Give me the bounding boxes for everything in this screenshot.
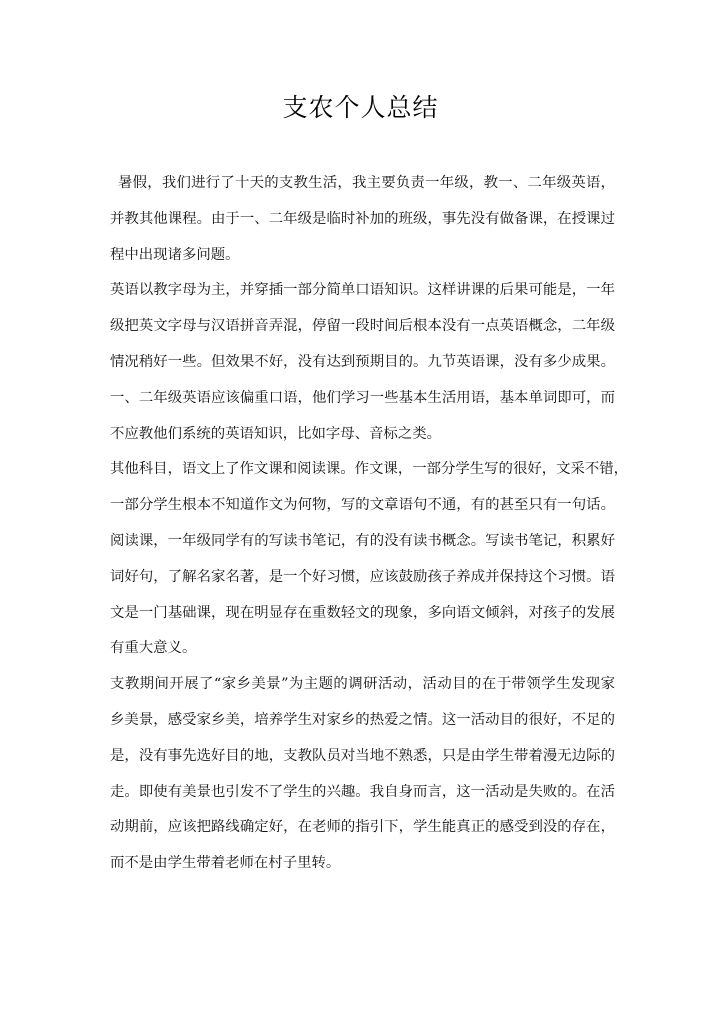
text-line: 乡美景，感受家乡美，培养学生对家乡的热爱之情。这一活动目的很好，不足的 <box>110 707 615 743</box>
document-body: 暑假，我们进行了十天的支教生活，我主要负责一年级，教一、二年级英语， 并教其他课… <box>110 170 615 886</box>
text-line: 暑假，我们进行了十天的支教生活，我主要负责一年级，教一、二年级英语， <box>110 170 615 206</box>
text-line: 文是一门基础课，现在明显存在重数轻文的现象，多向语文倾斜，对孩子的发展 <box>110 600 615 636</box>
text-line: 走。即使有美景也引发不了学生的兴趣。我自身而言，这一活动是失败的。在活 <box>110 779 615 815</box>
text-line: 是，没有事先选好目的地，支教队员对当地不熟悉，只是由学生带着漫无边际的 <box>110 743 615 779</box>
document-page: 支农个人总结 暑假，我们进行了十天的支教生活，我主要负责一年级，教一、二年级英语… <box>0 0 721 1020</box>
text-line: 并教其他课程。由于一、二年级是临时补加的班级，事先没有做备课，在授课过 <box>110 206 615 242</box>
text-line: 一、二年级英语应该偏重口语，他们学习一些基本生活用语，基本单词即可，而 <box>110 385 615 421</box>
text-line: 其他科目，语文上了作文课和阅读课。作文课，一部分学生写的很好，文采不错， <box>110 456 615 492</box>
text-line: 动期前，应该把路线确定好，在老师的指引下，学生能真正的感受到没的存在， <box>110 814 615 850</box>
text-line: 词好句，了解名家名著，是一个好习惯，应该鼓励孩子养成并保持这个习惯。语 <box>110 564 615 600</box>
text-line: 阅读课，一年级同学有的写读书笔记，有的没有读书概念。写读书笔记，积累好 <box>110 528 615 564</box>
document-title: 支农个人总结 <box>0 88 721 124</box>
text-line: 不应教他们系统的英语知识，比如字母、音标之类。 <box>110 421 615 457</box>
text-line: 情况稍好一些。但效果不好，没有达到预期目的。九节英语课，没有多少成果。 <box>110 349 615 385</box>
text-line: 级把英文字母与汉语拼音弄混，停留一段时间后根本没有一点英语概念，二年级 <box>110 313 615 349</box>
text-line: 程中出现诸多问题。 <box>110 242 615 278</box>
text-line: 而不是由学生带着老师在村子里转。 <box>110 850 615 886</box>
text-line: 支教期间开展了“家乡美景”为主题的调研活动，活动目的在于带领学生发现家 <box>110 671 615 707</box>
text-line: 有重大意义。 <box>110 635 615 671</box>
text-line: 英语以教字母为主，并穿插一部分简单口语知识。这样讲课的后果可能是，一年 <box>110 277 615 313</box>
text-line: 一部分学生根本不知道作文为何物，写的文章语句不通，有的甚至只有一句话。 <box>110 492 615 528</box>
